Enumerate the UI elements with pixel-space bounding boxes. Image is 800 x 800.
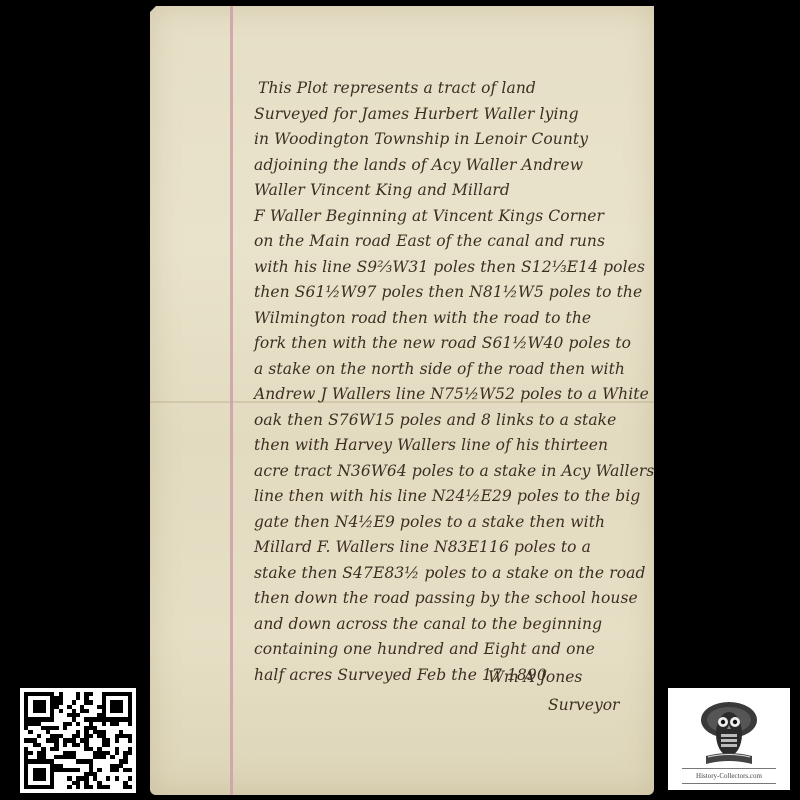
- text-line: then with Harvey Wallers line of his thi…: [254, 433, 654, 459]
- text-line: in Woodington Township in Lenoir County: [254, 127, 654, 153]
- text-line: Millard F. Wallers line N83E116 poles to…: [254, 535, 654, 561]
- surveyor-signature-name: Wm A Jones: [488, 668, 582, 686]
- text-line: line then with his line N24½E29 poles to…: [254, 484, 654, 510]
- logo-divider-top: [682, 768, 776, 769]
- history-collectors-logo[interactable]: History-Collectors.com: [668, 688, 790, 790]
- surveyor-signature-title: Surveyor: [548, 696, 619, 714]
- survey-document-page: This Plot represents a tract of land Sur…: [150, 6, 654, 795]
- survey-text-block: This Plot represents a tract of land Sur…: [254, 76, 654, 688]
- text-line: gate then N4½E9 poles to a stake then wi…: [254, 510, 654, 536]
- text-line: then S61½W97 poles then N81½W5 poles to …: [254, 280, 654, 306]
- text-line: with his line S9⅔W31 poles then S12⅓E14 …: [254, 255, 654, 281]
- margin-rule-line: [230, 6, 233, 795]
- text-line: This Plot represents a tract of land: [254, 76, 654, 102]
- qr-code-icon[interactable]: [20, 688, 136, 793]
- logo-caption: History-Collectors.com: [668, 772, 790, 780]
- text-line: Waller Vincent King and Millard: [254, 178, 654, 204]
- text-line: a stake on the north side of the road th…: [254, 357, 654, 383]
- text-line: containing one hundred and Eight and one: [254, 637, 654, 663]
- text-line: Surveyed for James Hurbert Waller lying: [254, 102, 654, 128]
- text-line: then down the road passing by the school…: [254, 586, 654, 612]
- text-line: half acres Surveyed Feb the 17 1890: [254, 663, 654, 689]
- text-line: on the Main road East of the canal and r…: [254, 229, 654, 255]
- owl-on-book-icon: [698, 698, 760, 768]
- folded-corner: [148, 4, 158, 14]
- text-line: oak then S76W15 poles and 8 links to a s…: [254, 408, 654, 434]
- text-line: stake then S47E83½ poles to a stake on t…: [254, 561, 654, 587]
- logo-divider-bottom: [682, 783, 776, 784]
- text-line: Andrew J Wallers line N75½W52 poles to a…: [254, 382, 654, 408]
- text-line: Wilmington road then with the road to th…: [254, 306, 654, 332]
- text-line: acre tract N36W64 poles to a stake in Ac…: [254, 459, 654, 485]
- text-line: F Waller Beginning at Vincent Kings Corn…: [254, 204, 654, 230]
- text-line: adjoining the lands of Acy Waller Andrew: [254, 153, 654, 179]
- text-line: and down across the canal to the beginni…: [254, 612, 654, 638]
- text-line: fork then with the new road S61½W40 pole…: [254, 331, 654, 357]
